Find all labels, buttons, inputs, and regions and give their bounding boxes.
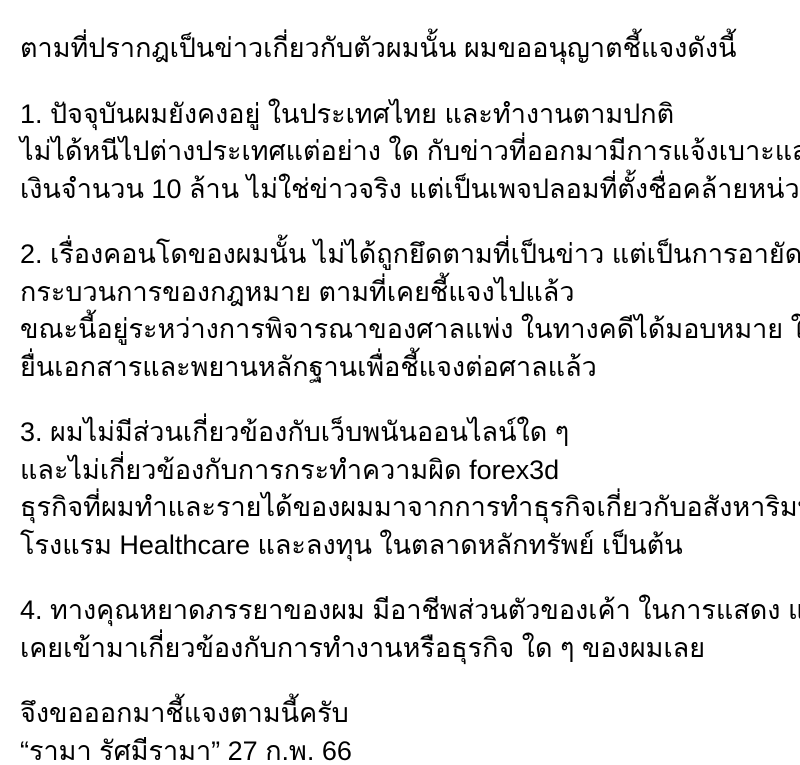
section-2-line-4: ยื่นเอกสารและพยานหลักฐานเพื่อชี้แจงต่อศา…	[20, 349, 786, 387]
section-3-line-2: และไม่เกี่ยวข้องกับการกระทำความผิด forex…	[20, 452, 786, 490]
section-1-line-3: เงินจำนวน 10 ล้าน ไม่ใช่ข่าวจริง แต่เป็น…	[20, 171, 786, 209]
section-1-line-2: ไม่ได้หนีไปต่างประเทศแต่อย่าง ใด กับข่าว…	[20, 133, 786, 171]
section-3-line-4: โรงแรม Healthcare และลงทุน ในตลาดหลักทรั…	[20, 527, 786, 565]
section-1: 1. ปัจจุบันผมยังคงอยู่ ในประเทศไทย และทำ…	[20, 96, 786, 209]
section-2-line-2: กระบวนการของกฎหมาย ตามที่เคยชี้แจงไปแล้ว	[20, 274, 786, 312]
section-3-line-3: ธุรกิจที่ผมทำและรายได้ของผมมาจากการทำธุร…	[20, 489, 786, 527]
closing-statement: จึงขอออกมาชี้แจงตามนี้ครับ	[20, 695, 786, 733]
intro-line: ตามที่ปรากฎเป็นข่าวเกี่ยวกับตัวผมนั้น ผม…	[20, 30, 786, 68]
section-2: 2. เรื่องคอนโดของผมนั้น ไม่ได้ถูกยึดตามท…	[20, 236, 786, 386]
section-2-line-1: 2. เรื่องคอนโดของผมนั้น ไม่ได้ถูกยึดตามท…	[20, 236, 786, 274]
statement-document: ตามที่ปรากฎเป็นข่าวเกี่ยวกับตัวผมนั้น ผม…	[0, 0, 800, 765]
section-1-line-1: 1. ปัจจุบันผมยังคงอยู่ ในประเทศไทย และทำ…	[20, 96, 786, 134]
closing-block: จึงขอออกมาชี้แจงตามนี้ครับ “รามา รัศมีรา…	[20, 695, 786, 765]
section-4-line-2: เคยเข้ามาเกี่ยวข้องกับการทำงานหรือธุรกิจ…	[20, 630, 786, 668]
section-4-line-1: 4. ทางคุณหยาดภรรยาของผม มีอาชีพส่วนตัวขอ…	[20, 592, 786, 630]
signature-line: “รามา รัศมีรามา” 27 ก.พ. 66	[20, 733, 786, 765]
section-3: 3. ผมไม่มีส่วนเกี่ยวข้องกับเว็บพนันออนไล…	[20, 414, 786, 564]
section-4: 4. ทางคุณหยาดภรรยาของผม มีอาชีพส่วนตัวขอ…	[20, 592, 786, 667]
section-2-line-3: ขณะนี้อยู่ระหว่างการพิจารณาของศาลแพ่ง ใน…	[20, 311, 786, 349]
section-3-line-1: 3. ผมไม่มีส่วนเกี่ยวข้องกับเว็บพนันออนไล…	[20, 414, 786, 452]
